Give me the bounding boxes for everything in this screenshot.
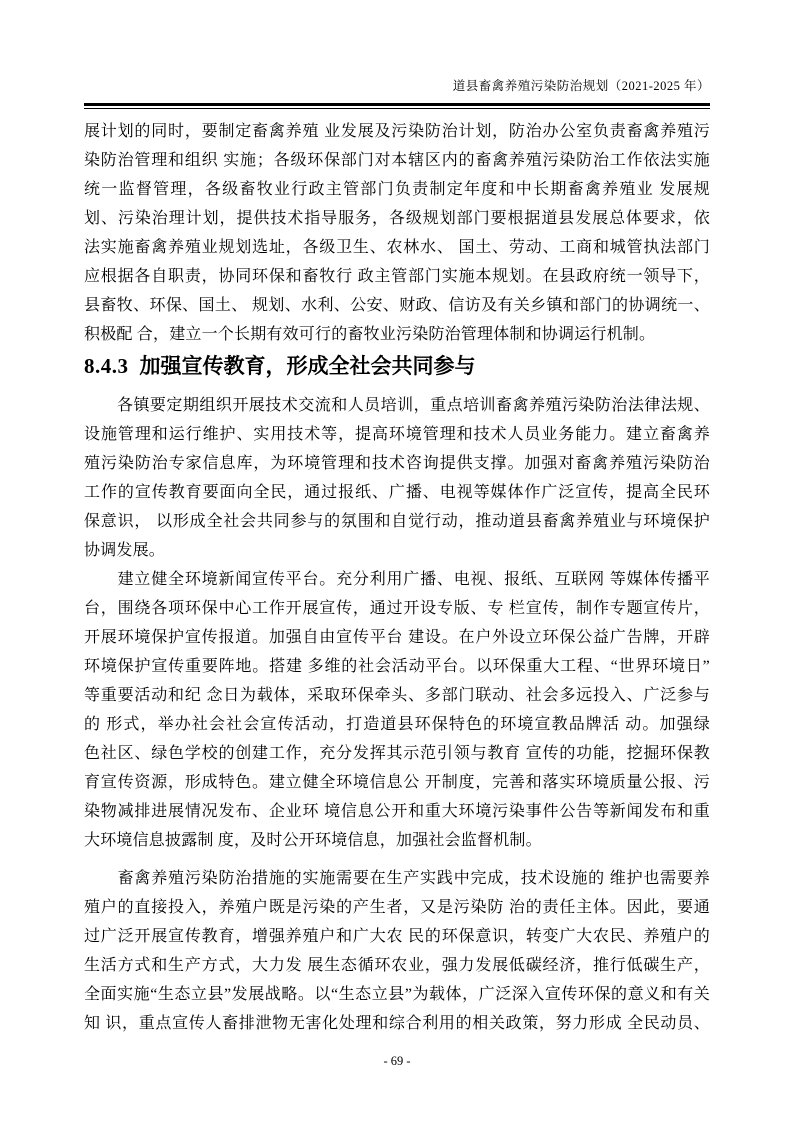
text-line: 法实施畜禽养殖业规划选址，各级卫生、农林水、 国土、劳动、工商和城管执法部门 (84, 233, 710, 262)
header-rule (84, 103, 710, 109)
text-line: 畜禽养殖污染防治措施的实施需要在生产实践中完成，技术设施的 维护也需要养 (84, 864, 710, 893)
text-line: 知 识，重点宣传人畜排泄物无害化处理和综合利用的相关政策，努力形成 全民动员、 (84, 1009, 710, 1038)
text-line: 保意识， 以形成全社会共同参与的氛围和自觉行动，推动道县畜禽养殖业与环境保护 (84, 507, 710, 536)
body-paragraph-2: 各镇要定期组织开展技术交流和人员培训，重点培训畜禽养殖污染防治法律法规、设施管理… (84, 391, 710, 565)
body-paragraph-1: 展计划的同时，要制定畜禽养殖 业发展及污染防治计划，防治办公室负责畜禽养殖污染防… (84, 117, 710, 349)
text-line: 展计划的同时，要制定畜禽养殖 业发展及污染防治计划，防治办公室负责畜禽养殖污 (84, 117, 710, 146)
text-line: 统一监督管理，各级畜牧业行政主管部门负责制定年度和中长期畜禽养殖业 发展规 (84, 175, 710, 204)
section-heading-title: 加强宣传教育，形成全社会共同参与 (140, 354, 476, 378)
text-line: 各镇要定期组织开展技术交流和人员培训，重点培训畜禽养殖污染防治法律法规、 (84, 391, 710, 420)
text-line: 染物减排进展情况发布、企业环 境信息公开和重大环境污染事件公告等新闻发布和重 (84, 797, 710, 826)
text-line: 大环境信息披露制 度，及时公开环境信息，加强社会监督机制。 (84, 826, 710, 855)
page-number: - 69 - (84, 1054, 710, 1069)
text-line: 色社区、绿色学校的创建工作，充分发挥其示范引领与教育 宣传的功能，挖掘环保教 (84, 739, 710, 768)
text-line: 台，围绕各项环保中心工作开展宣传，通过开设专版、专 栏宣传，制作专题宣传片， (84, 594, 710, 623)
text-line: 殖户的直接投入，养殖户既是污染的产生者，又是污染防 治的责任主体。因此，要通 (84, 893, 710, 922)
text-line: 等重要活动和纪 念日为载体，采取环保牵头、多部门联动、社会多远投入、广泛参与 (84, 681, 710, 710)
body-paragraph-3: 建立健全环境新闻宣传平台。充分利用广播、电视、报纸、互联网 等媒体传播平台，围绕… (84, 565, 710, 855)
text-line: 生活方式和生产方式，大力发 展生态循环农业，强力发展低碳经济，推行低碳生产， (84, 951, 710, 980)
text-line: 全面实施“生态立县”发展战略。以“生态立县”为载体，广泛深入宣传环保的意义和有关 (84, 980, 710, 1009)
text-line: 的 形式，举办社会社会宣传活动，打造道县环保特色的环境宣教品牌活 动。加强绿 (84, 710, 710, 739)
text-line: 育宣传资源，形成特色。建立健全环境信息公 开制度，完善和落实环境质量公报、污 (84, 768, 710, 797)
text-line: 过广泛开展宣传教育，增强养殖户和广大农 民的环保意识，转变广大农民、养殖户的 (84, 922, 710, 951)
text-line: 积极配 合，建立一个长期有效可行的畜牧业污染防治管理体制和协调运行机制。 (84, 320, 710, 349)
running-header: 道县畜禽养殖污染防治规划（2021-2025 年） (84, 79, 710, 94)
text-line: 建立健全环境新闻宣传平台。充分利用广播、电视、报纸、互联网 等媒体传播平 (84, 565, 710, 594)
text-line: 开展环境保护宣传报道。加强自由宣传平台 建设。在户外设立环保公益广告牌，开辟 (84, 623, 710, 652)
document-page: 道县畜禽养殖污染防治规划（2021-2025 年） 展计划的同时，要制定畜禽养殖… (0, 0, 793, 1122)
document-body: 展计划的同时，要制定畜禽养殖 业发展及污染防治计划，防治办公室负责畜禽养殖污染防… (84, 117, 710, 1038)
text-line: 协调发展。 (84, 536, 710, 565)
text-line: 划、污染治理计划，提供技术指导服务，各级规划部门要根据道县发展总体要求，依 (84, 204, 710, 233)
text-line: 环境保护宣传重要阵地。搭建 多维的社会活动平台。以环保重大工程、“世界环境日” (84, 652, 710, 681)
text-line: 殖污染防治专家信息库，为环境管理和技术咨询提供支撑。加强对畜禽养殖污染防治 (84, 449, 710, 478)
body-paragraph-4: 畜禽养殖污染防治措施的实施需要在生产实践中完成，技术设施的 维护也需要养殖户的直… (84, 864, 710, 1038)
text-line: 设施管理和运行维护、实用技术等，提高环境管理和技术人员业务能力。建立畜禽养 (84, 420, 710, 449)
section-heading: 8.4.3加强宣传教育，形成全社会共同参与 (84, 352, 710, 380)
text-line: 工作的宣传教育要面向全民，通过报纸、广播、电视等媒体作广泛宣传，提高全民环 (84, 478, 710, 507)
text-line: 应根据各自职责，协同环保和畜牧行 政主管部门实施本规划。在县政府统一领导下， (84, 262, 710, 291)
text-line: 染防治管理和组织 实施；各级环保部门对本辖区内的畜禽养殖污染防治工作依法实施 (84, 146, 710, 175)
section-heading-number: 8.4.3 (84, 354, 129, 378)
text-line: 县畜牧、环保、国土、 规划、水利、公安、财政、信访及有关乡镇和部门的协调统一、 (84, 291, 710, 320)
